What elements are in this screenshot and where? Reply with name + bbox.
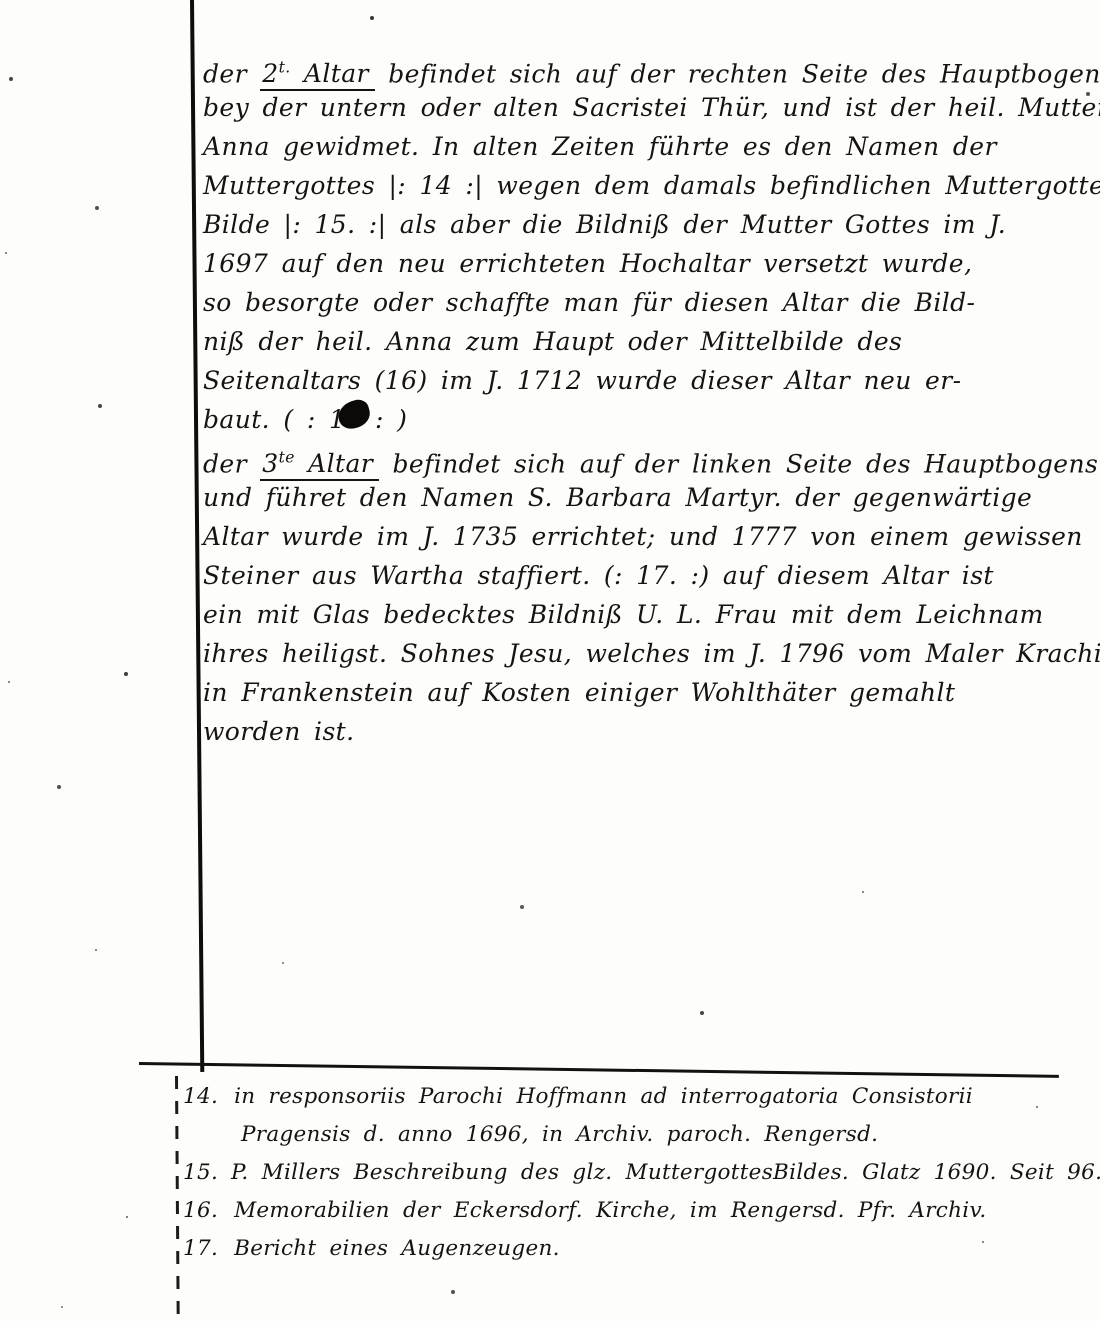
footnote-15: 15. P. Millers Beschreibung des glz. Mut… [183, 1154, 1073, 1192]
heading-number: 2 [262, 59, 278, 88]
manuscript-line: der 3te Altar befindet sich auf der link… [203, 439, 1048, 478]
manuscript-line-with-blot: baut. ( : 16 : ) [203, 400, 1048, 439]
manuscript-line: ein mit Glas bedecktes Bildniß U. L. Fra… [203, 595, 1048, 634]
manuscript-line: der 2t. Altar befindet sich auf der rech… [203, 49, 1048, 88]
manuscript-body: der 2t. Altar befindet sich auf der rech… [203, 49, 1048, 751]
footnote-17: 17. Bericht eines Augenzeugen. [183, 1230, 1073, 1268]
manuscript-line: und führet den Namen S. Barbara Martyr. … [203, 478, 1048, 517]
footnote-number: 15. [183, 1154, 215, 1192]
footnote-text: Bericht eines Augenzeugen. [234, 1230, 560, 1268]
line-prefix: baut. ( : 1 [203, 405, 345, 434]
manuscript-page: der 2t. Altar befindet sich auf der rech… [0, 0, 1100, 1321]
heading-2nd-altar: 2t. Altar [260, 59, 375, 91]
footnote-number: 17. [183, 1230, 218, 1268]
footnote-number: 14. [183, 1078, 218, 1116]
footnote-16: 16. Memorabilien der Eckersdorf. Kirche,… [183, 1192, 1073, 1230]
manuscript-line: so besorgte oder schaffte man für diesen… [203, 283, 1048, 322]
margin-rule-vertical-dashed [175, 1076, 179, 1314]
manuscript-line: Muttergottes |: 14 :| wegen dem damals b… [203, 166, 1048, 205]
manuscript-line: Bilde |: 15. :| als aber die Bildniß der… [203, 205, 1048, 244]
heading-word: Altar [291, 59, 369, 88]
manuscript-line: Altar wurde im J. 1735 errichtet; und 17… [203, 517, 1048, 556]
manuscript-line: Seitenaltars (16) im J. 1712 wurde diese… [203, 361, 1048, 400]
heading-lead: der [203, 449, 260, 478]
footnote-14: 14. in responsoriis Parochi Hoffmann ad … [183, 1078, 1073, 1116]
manuscript-line: worden ist. [203, 712, 1048, 751]
footnotes-block: 14. in responsoriis Parochi Hoffmann ad … [183, 1078, 1073, 1268]
footnote-number: 16. [183, 1192, 218, 1230]
heading-3rd-altar: 3te Altar [260, 449, 379, 481]
heading-word: Altar [295, 449, 373, 478]
line-rest: befindet sich auf der linken Seite des H… [379, 449, 1098, 478]
footnote-text: in responsoriis Parochi Hoffmann ad inte… [234, 1078, 973, 1116]
footnote-separator-rule [139, 1062, 1059, 1078]
footnote-text: Memorabilien der Eckersdorf. Kirche, im … [234, 1192, 986, 1230]
ink-blot: 6 [345, 400, 361, 439]
heading-superscript: te [279, 449, 295, 467]
manuscript-line: bey der untern oder alten Sacristei Thür… [203, 88, 1048, 127]
paragraph-third-altar: der 3te Altar befindet sich auf der link… [203, 439, 1048, 751]
manuscript-line: Anna gewidmet. In alten Zeiten führte es… [203, 127, 1048, 166]
footnote-14-continuation: Pragensis d. anno 1696, in Archiv. paroc… [183, 1116, 1073, 1154]
manuscript-line: in Frankenstein auf Kosten einiger Wohlt… [203, 673, 1048, 712]
manuscript-line: ihres heiligst. Sohnes Jesu, welches im … [203, 634, 1048, 673]
footnote-text: P. Millers Beschreibung des glz. Mutterg… [231, 1154, 1100, 1192]
heading-lead: der [203, 59, 260, 88]
manuscript-line: niß der heil. Anna zum Haupt oder Mittel… [203, 322, 1048, 361]
paragraph-second-altar: der 2t. Altar befindet sich auf der rech… [203, 49, 1048, 439]
paper-specks [0, 0, 2, 2]
manuscript-line: Steiner aus Wartha staffiert. (: 17. :) … [203, 556, 1048, 595]
line-rest: befindet sich auf der rechten Seite des … [375, 59, 1100, 88]
heading-superscript: t. [279, 59, 291, 77]
heading-number: 3 [262, 449, 278, 478]
manuscript-line: 1697 auf den neu errichteten Hochaltar v… [203, 244, 1048, 283]
